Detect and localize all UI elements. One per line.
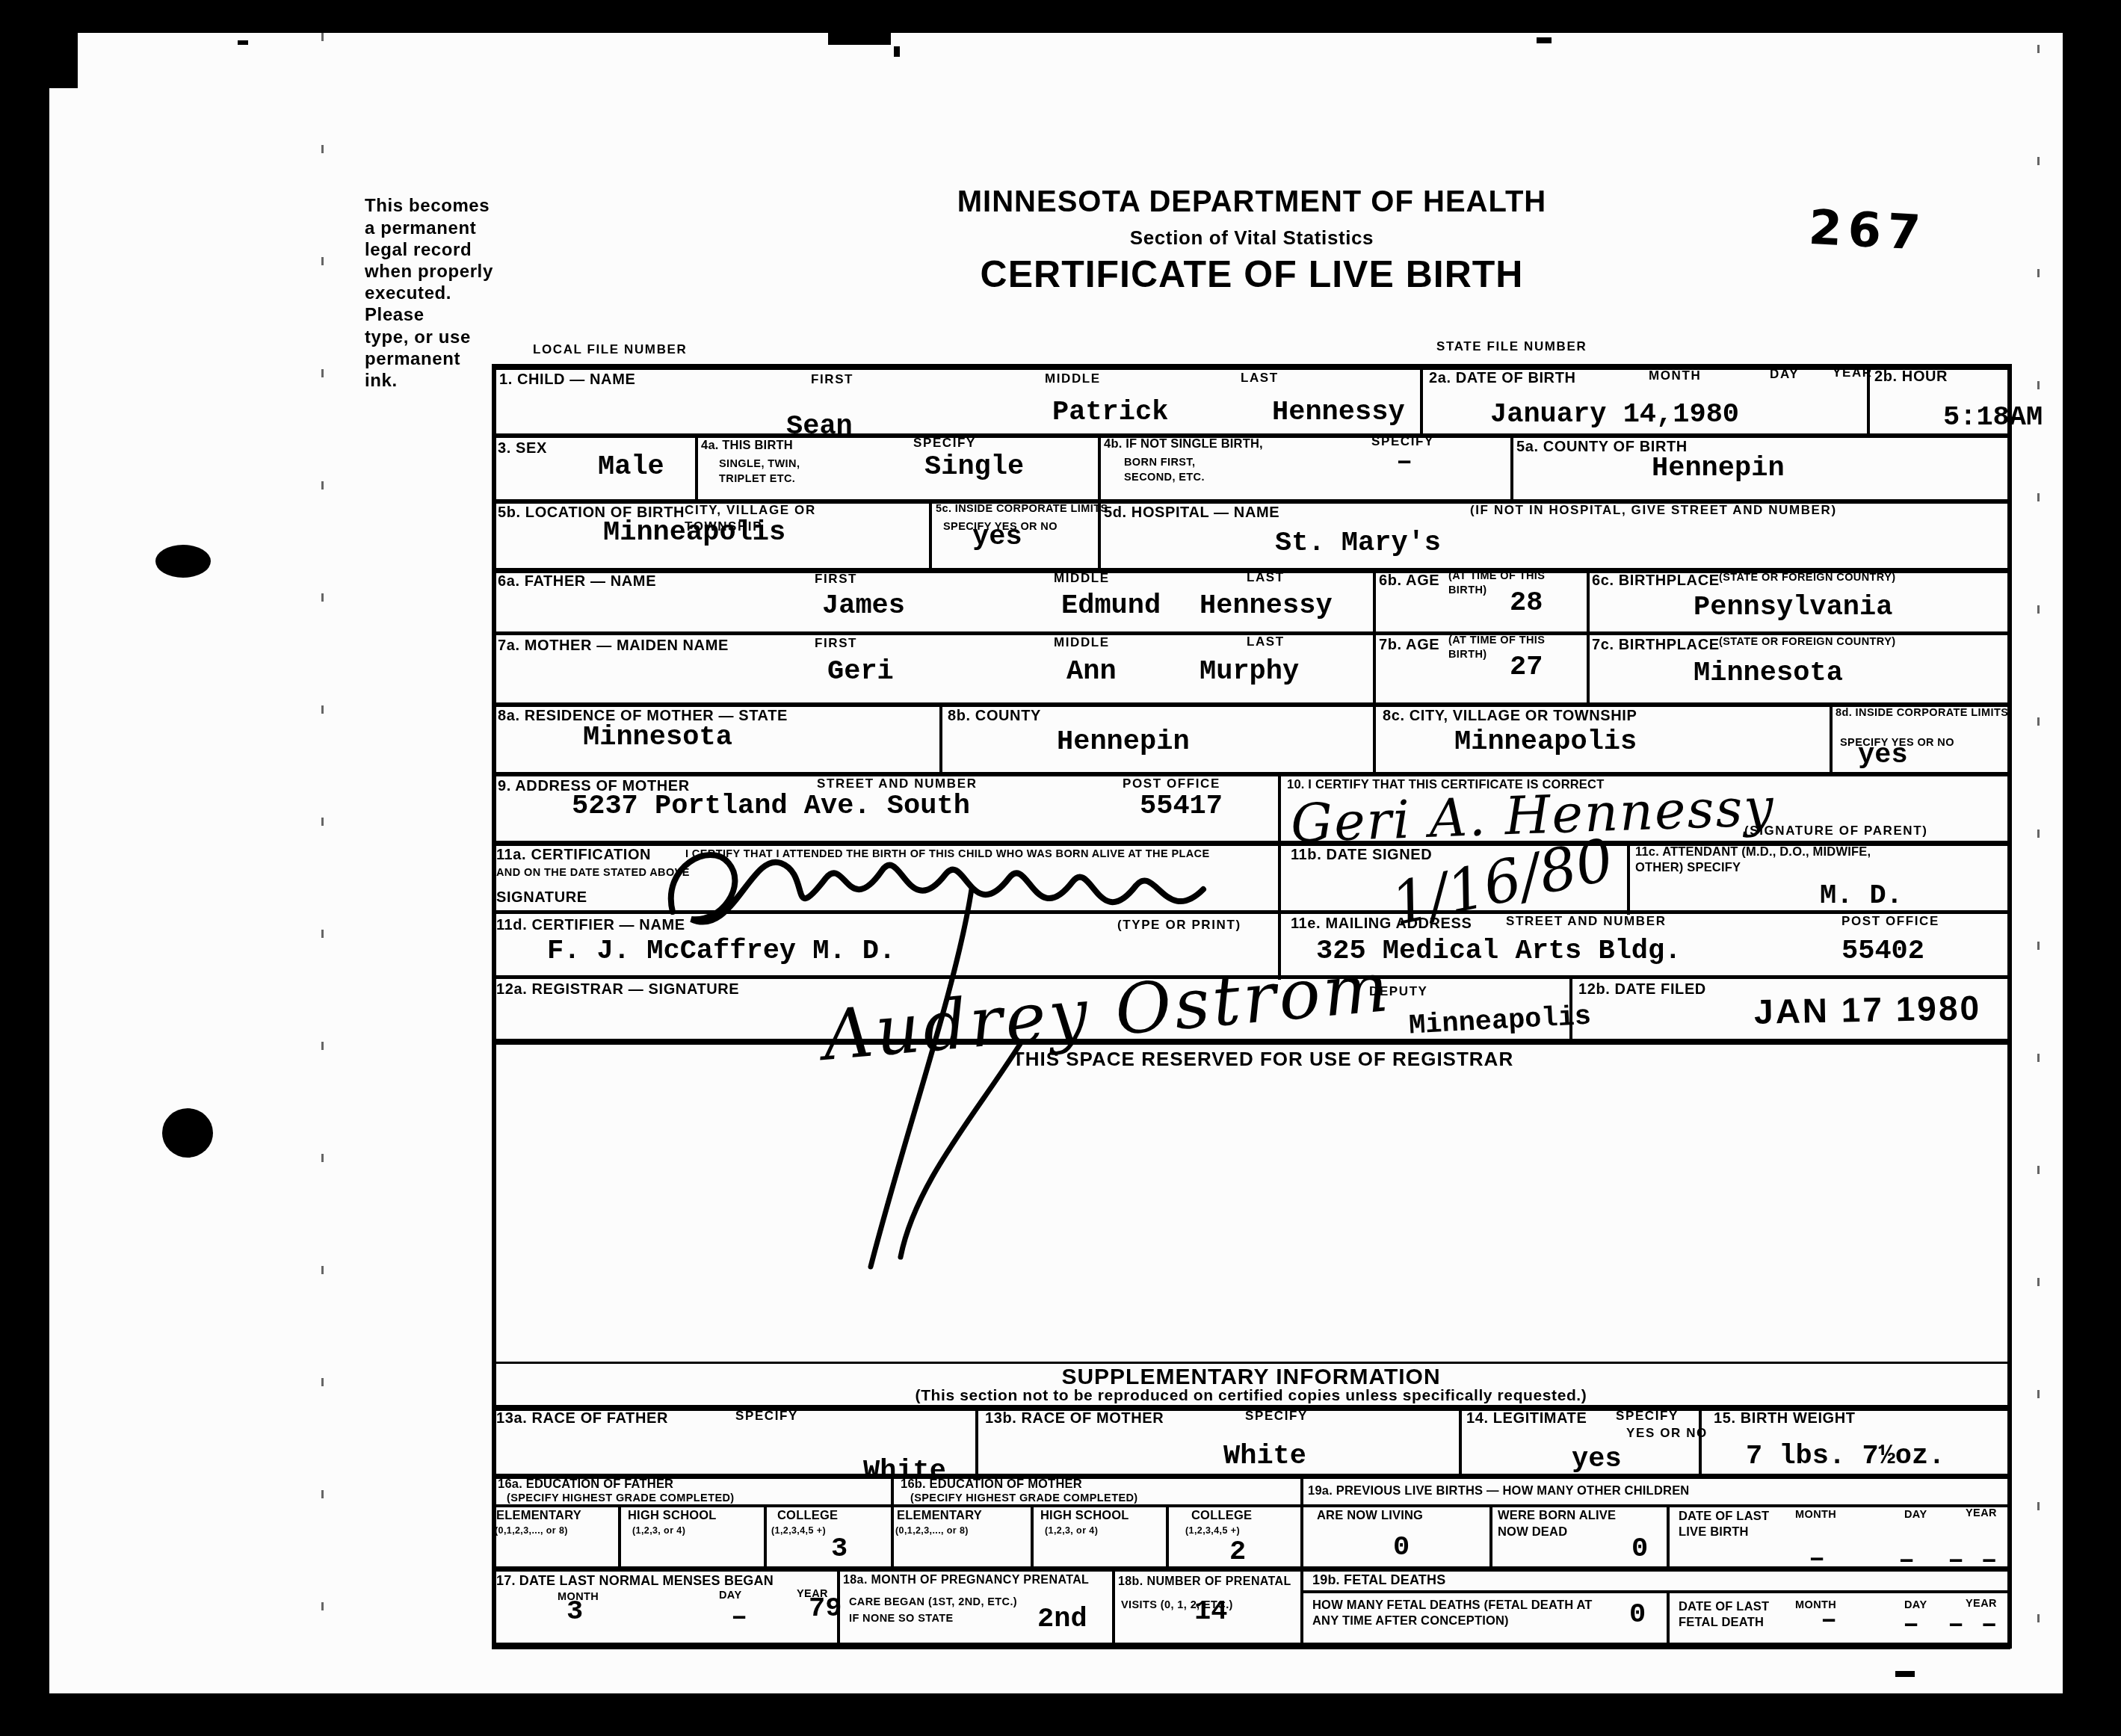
field-11a-label: 11a. CERTIFICATION [496,847,651,864]
field-18a-label-3: IF NONE SO STATE [849,1613,954,1625]
page-title: CERTIFICATE OF LIVE BIRTH [867,253,1637,296]
father-college-label: COLLEGE [777,1509,838,1523]
child-middle-name-value: Patrick [1052,397,1168,428]
father-last-name-value: Hennessy [1200,590,1333,622]
table-line [492,772,2010,776]
table-line [1300,1474,1303,1646]
scan-noise [1895,1671,1915,1677]
table-line [1510,433,1513,504]
field-8c-label: 8c. CITY, VILLAGE OR TOWNSHIP [1383,708,1637,725]
table-line [492,1362,2010,1364]
scan-corner-blob [0,0,78,88]
table-line [695,433,698,504]
scan-noise [1537,37,1552,43]
born-alive-now-dead-label-2: NOW DEAD [1498,1525,1567,1539]
field-7a-label: 7a. MOTHER — MAIDEN NAME [498,637,729,655]
table-line [1373,568,1376,706]
mother-high-school-range: (1,2,3, or 4) [1045,1525,1098,1536]
father-high-school-range: (1,2,3, or 4) [632,1525,685,1536]
child-last-name-value: Hennessy [1272,397,1405,428]
legitimate-value: yes [1572,1444,1622,1475]
fetal-deaths-how-many-label: HOW MANY FETAL DEATHS (FETAL DEATH AT AN… [1312,1598,1611,1630]
field-7c-note: (STATE OR FOREIGN COUNTRY) [1719,636,1895,648]
field-6b-note: (AT TIME OF THIS BIRTH) [1448,569,1560,598]
field-14-specify-label: SPECIFY [1616,1409,1679,1424]
margin-note-line: when properly [365,262,493,282]
supplementary-subtitle: (This section not to be reproduced on ce… [492,1387,2010,1405]
date-last-live-birth-label: DATE OF LAST LIVE BIRTH [1679,1509,1776,1541]
field-12b-label: 12b. DATE FILED [1578,981,1706,998]
father-birthplace-value: Pennsylvania [1694,592,1892,623]
mother-birthplace-value: Minnesota [1694,658,1843,689]
mother-college-value: 2 [1229,1536,1246,1568]
field-5d-note: (IF NOT IN HOSPITAL, GIVE STREET AND NUM… [1470,503,1837,518]
field-13b-label: 13b. RACE OF MOTHER [985,1410,1164,1427]
state-file-number-label: STATE FILE NUMBER [1436,339,1587,354]
field-4b-label: 4b. IF NOT SINGLE BIRTH, [1104,437,1263,451]
mother-elementary-range: (0,1,2,3,..., or 8) [895,1525,969,1536]
table-line [492,1643,2010,1649]
hospital-name-value: St. Mary's [1275,528,1441,559]
mother-first-name-value: Geri [827,656,894,688]
date-last-fetal-death-year-value: – – [1948,1610,1998,1641]
field-3-label: 3. SEX [498,440,547,457]
field-19a-label: 19a. PREVIOUS LIVE BIRTHS — HOW MANY OTH… [1308,1484,1689,1498]
father-first-name-value: James [822,590,905,622]
table-line [975,1405,978,1478]
field-11a-signature-label: SIGNATURE [496,889,587,906]
field-8b-label: 8b. COUNTY [948,708,1041,725]
sex-value: Male [598,451,664,483]
mother-college-label: COLLEGE [1191,1509,1252,1523]
field-7c-label: 7c. BIRTHPLACE [1592,637,1720,654]
table-line [1830,702,1833,776]
field-4a-specify-label: SPECIFY [913,436,976,451]
field-14-label: 14. LEGITIMATE [1466,1410,1587,1427]
born-alive-now-dead-value: 0 [1631,1533,1648,1565]
father-middle-name-value: Edmund [1061,590,1161,622]
date-last-fetal-death-year-label: YEAR [1966,1598,1997,1610]
punch-hole-bottom [162,1108,213,1158]
date-last-live-birth-day-value: – [1898,1545,1915,1577]
field-11e-po-label: POST OFFICE [1841,914,1939,929]
table-line [492,1566,2010,1572]
attendant-value: M. D. [1820,880,1903,912]
date-of-birth-value: January 14,1980 [1490,399,1739,430]
father-college-value: 3 [831,1533,848,1565]
county-of-birth-value: Hennepin [1652,453,1785,484]
table-line [1278,772,1281,980]
field-17-label: 17. DATE LAST NORMAL MENSES BEGAN [496,1573,774,1589]
table-line [1373,702,1376,776]
scanned-birth-certificate: This becomes a permanent legal record wh… [0,0,2121,1736]
child-first-name-value: Sean [786,411,853,442]
father-high-school-label: HIGH SCHOOL [628,1509,717,1523]
field-1-label: 1. CHILD — NAME [499,371,635,389]
mother-zip-value: 55417 [1140,791,1223,822]
table-line [492,1504,2010,1507]
inside-limits-value: yes [972,522,1022,553]
field-16b-label: 16b. EDUCATION OF MOTHER [901,1477,1082,1492]
field-6b-label: 6b. AGE [1379,572,1439,590]
table-line [1699,1405,1702,1478]
field-16b-note: (SPECIFY HIGHEST GRADE COMPLETED) [910,1492,1138,1504]
table-line [929,499,932,572]
date-last-live-birth-year-label: YEAR [1966,1507,1997,1519]
punch-hole-top [155,545,211,578]
field-6a-last-label: LAST [1247,570,1285,585]
field-18a-label-2: CARE BEGAN (1ST, 2ND, ETC.) [849,1596,1017,1608]
mother-address-value: 5237 Portland Ave. South [572,791,970,822]
father-college-range: (1,2,3,4,5 +) [771,1525,826,1536]
table-line [764,1504,767,1569]
father-elementary-label: ELEMENTARY [496,1509,581,1523]
residence-county-value: Hennepin [1057,726,1190,758]
field-5b-label-2: CITY, VILLAGE OR [685,503,816,518]
local-file-number-label: LOCAL FILE NUMBER [533,342,687,357]
menses-month-value: 3 [566,1596,583,1628]
field-9-street-label: STREET AND NUMBER [817,776,978,791]
scan-noise [238,40,248,45]
field-1-first-label: FIRST [811,372,853,387]
fetal-deaths-value: 0 [1629,1599,1646,1631]
scan-border-top [0,0,2121,33]
section-subtitle: Section of Vital Statistics [867,226,1637,250]
born-order-value: – [1396,447,1413,478]
mother-high-school-label: HIGH SCHOOL [1040,1509,1129,1523]
table-line [492,364,496,1649]
birth-weight-value: 7 lbs. 7½oz. [1746,1441,1945,1472]
field-15-label: 15. BIRTH WEIGHT [1714,1410,1856,1427]
mother-college-range: (1,2,3,4,5 +) [1185,1525,1240,1536]
field-18a-label: 18a. MONTH OF PREGNANCY PRENATAL [843,1574,1089,1587]
edge-dash-line [2037,45,2040,1681]
field-6c-note: (STATE OR FOREIGN COUNTRY) [1719,572,1895,584]
margin-note-line: type, or use [365,327,471,348]
field-7a-first-label: FIRST [815,636,857,651]
field-11c-label: 11c. ATTENDANT (M.D., D.O., MIDWIFE, OTH… [1635,844,1889,877]
margin-note-line: This becomes [365,196,490,217]
field-2a-month-label: MONTH [1649,368,1701,383]
date-last-live-birth-month-label: MONTH [1795,1509,1836,1521]
table-line [1627,841,1630,915]
table-line [1166,1504,1169,1569]
field-4a-label: 4a. THIS BIRTH [701,439,793,453]
field-18b-label: 18b. NUMBER OF PRENATAL [1118,1575,1291,1589]
margin-note-line: Please [365,305,424,326]
table-line [1667,1590,1670,1646]
prenatal-care-began-value: 2nd [1037,1604,1087,1635]
field-11e-street-label: STREET AND NUMBER [1506,914,1667,929]
table-line [492,702,2010,707]
field-4b-label-2: BORN FIRST, [1124,457,1195,469]
table-line [1112,1566,1115,1646]
father-age-value: 28 [1510,587,1543,619]
field-6a-middle-label: MIDDLE [1054,571,1110,586]
field-9-po-label: POST OFFICE [1123,776,1220,791]
table-line [1300,1590,2010,1593]
born-alive-now-dead-label: WERE BORN ALIVE [1498,1509,1616,1523]
table-line [891,1474,894,1569]
field-11d-label: 11d. CERTIFIER — NAME [496,917,685,934]
field-16a-note: (SPECIFY HIGHEST GRADE COMPLETED) [507,1492,735,1504]
supplementary-title: SUPPLEMENTARY INFORMATION [492,1365,2010,1390]
scan-noise [894,46,900,57]
this-birth-value: Single [924,451,1024,483]
field-13b-specify-label: SPECIFY [1245,1409,1308,1424]
date-last-fetal-death-day-value: – [1903,1610,1919,1641]
registrar-signature-tail [886,1040,1080,1264]
margin-note-line: a permanent [365,218,476,239]
field-4a-label-2: SINGLE, TWIN, [719,458,800,470]
table-line [492,1474,2010,1479]
mother-age-value: 27 [1510,652,1543,683]
field-7b-note: (AT TIME OF THIS BIRTH) [1448,634,1560,662]
location-of-birth-value: Minneapolis [603,517,785,549]
field-19b-label: 19b. FETAL DEATHS [1312,1572,1445,1588]
field-6a-label: 6a. FATHER — NAME [498,573,656,590]
menses-year-value: 79 [809,1593,842,1625]
date-last-live-birth-day-label: DAY [1904,1509,1927,1521]
field-2a-year-label: YEAR [1833,365,1873,380]
page-number-stamp: 267 [1807,200,1927,262]
field-13a-specify-label: SPECIFY [735,1409,798,1424]
mailing-zip-value: 55402 [1841,936,1924,967]
margin-note-line: permanent [365,349,460,370]
field-2b-label: 2b. HOUR [1874,368,1948,386]
residence-inside-limits-value: yes [1858,740,1908,771]
residence-city-value: Minneapolis [1454,726,1637,758]
field-6c-label: 6c. BIRTHPLACE [1592,572,1720,590]
field-14-yes-no-label: YES OR NO [1626,1426,1708,1441]
agency-title: MINNESOTA DEPARTMENT OF HEALTH [867,185,1637,219]
field-5d-label: 5d. HOSPITAL — NAME [1104,504,1279,522]
date-last-live-birth-month-value: – [1809,1544,1825,1575]
date-filed-stamp: JAN 17 1980 [1754,987,1982,1031]
hour-of-birth-value: 5:18AM [1943,402,2043,433]
table-line [618,1504,621,1569]
race-of-mother-value: White [1223,1441,1306,1472]
table-line [939,702,942,776]
residence-state-value: Minnesota [583,722,732,753]
table-line [1587,568,1590,706]
father-elementary-range: (0,1,2,3,..., or 8) [495,1525,568,1536]
field-8d-label: 8d. INSIDE CORPORATE LIMITS [1836,707,2008,719]
now-living-value: 0 [1393,1532,1410,1563]
field-13a-label: 13a. RACE OF FATHER [496,1410,668,1427]
field-1-last-label: LAST [1241,371,1279,386]
field-4b-label-3: SECOND, ETC. [1124,472,1205,484]
field-6a-first-label: FIRST [815,572,857,587]
field-4a-label-3: TRIPLET ETC. [719,473,795,485]
deputy-city-value: Minneapolis [1408,1001,1592,1042]
field-1-middle-label: MIDDLE [1045,371,1101,386]
margin-note-line: executed. [365,283,451,304]
field-5c-label: 5c. INSIDE CORPORATE LIMITS [936,503,1108,515]
scan-border-bottom [0,1693,2121,1736]
field-2a-label: 2a. DATE OF BIRTH [1429,370,1576,387]
menses-day-value: – [731,1602,747,1634]
table-line [1459,1405,1462,1478]
date-last-fetal-death-label: DATE OF LAST FETAL DEATH [1679,1599,1783,1631]
prenatal-visits-value: 14 [1194,1596,1227,1628]
field-7a-middle-label: MIDDLE [1054,635,1110,650]
date-last-fetal-death-month-value: – [1821,1605,1837,1637]
table-line [2007,364,2012,1649]
mother-elementary-label: ELEMENTARY [897,1509,982,1523]
now-living-label: ARE NOW LIVING [1317,1509,1423,1523]
table-line [1031,1504,1034,1569]
field-2a-day-label: DAY [1770,367,1799,382]
scan-border-left [0,0,49,1736]
table-line [1420,364,1423,438]
field-7a-last-label: LAST [1247,634,1285,649]
scan-border-right [2063,0,2121,1736]
field-16a-label: 16a. EDUCATION OF FATHER [498,1477,673,1492]
margin-note-line: legal record [365,240,472,261]
field-17-day-label: DAY [719,1590,741,1601]
mother-last-name-value: Murphy [1200,656,1299,688]
table-line [1489,1504,1492,1569]
scan-noise [828,33,891,45]
margin-note-line: ink. [365,371,398,392]
table-line [1667,1504,1670,1569]
fold-line [321,33,324,1693]
date-last-live-birth-year-value: – – [1948,1545,1998,1577]
mother-middle-name-value: Ann [1066,656,1117,688]
field-7b-label: 7b. AGE [1379,637,1439,654]
